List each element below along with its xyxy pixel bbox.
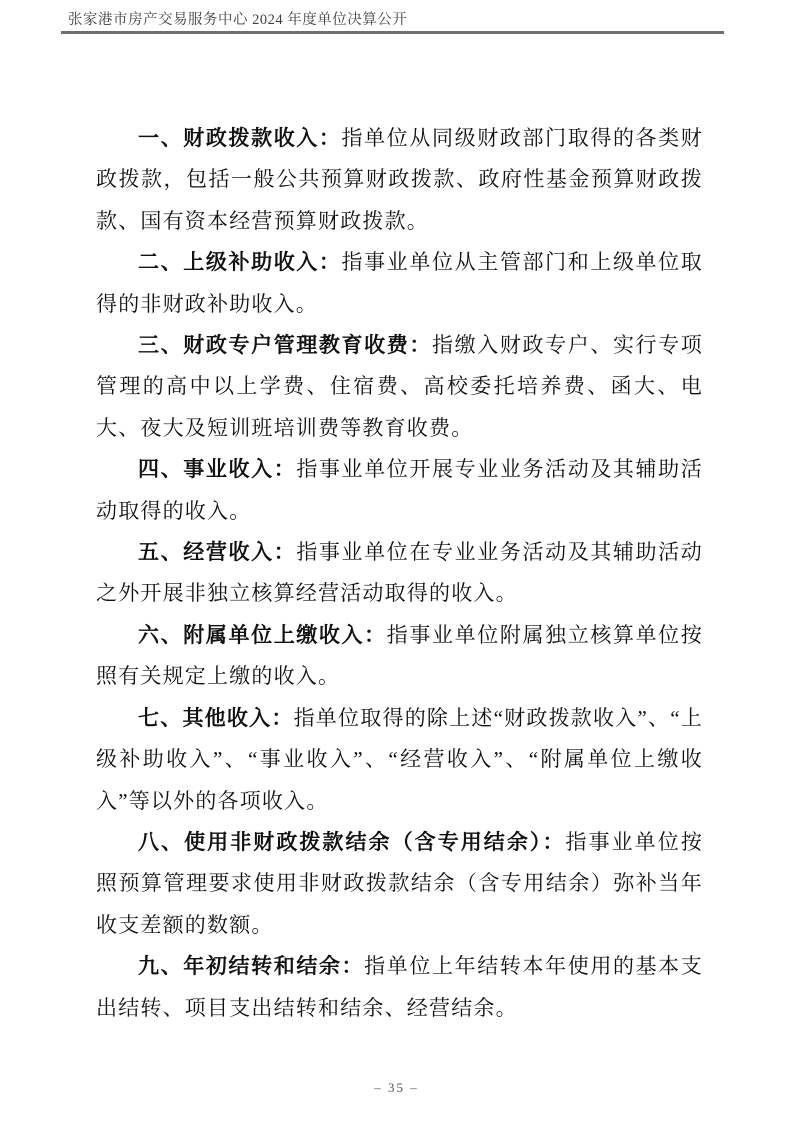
term-label-8: 八、使用非财政拨款结余（含专用结余）： xyxy=(138,830,566,854)
definition-paragraph-8: 八、使用非财政拨款结余（含专用结余）：指事业单位按照预算管理要求使用非财政拨款结… xyxy=(96,822,703,946)
document-header: 张家港市房产交易服务中心 2024 年度单位决算公开 xyxy=(61,11,724,34)
header-title: 张家港市房产交易服务中心 2024 年度单位决算公开 xyxy=(61,11,407,29)
document-footer: – 35 – xyxy=(0,1079,793,1097)
term-label-3: 三、财政专户管理教育收费： xyxy=(138,333,432,357)
definition-paragraph-1: 一、财政拨款收入：指单位从同级财政部门取得的各类财政拨款，包括一般公共预算财政拨… xyxy=(96,118,703,242)
term-label-7: 七、其他收入： xyxy=(138,706,294,730)
term-label-1: 一、财政拨款收入： xyxy=(138,126,342,150)
definition-paragraph-9: 九、年初结转和结余：指单位上年结转本年使用的基本支出结转、项目支出结转和结余、经… xyxy=(96,946,703,1029)
definition-paragraph-7: 七、其他收入：指单位取得的除上述“财政拨款收入”、“上级补助收入”、“事业收入”… xyxy=(96,698,703,822)
page-number: – 35 – xyxy=(374,1080,419,1095)
document-page: 张家港市房产交易服务中心 2024 年度单位决算公开 一、财政拨款收入：指单位从… xyxy=(0,0,793,1122)
definition-paragraph-2: 二、上级补助收入：指事业单位从主管部门和上级单位取得的非财政补助收入。 xyxy=(96,242,703,325)
definition-paragraph-3: 三、财政专户管理教育收费：指缴入财政专户、实行专项管理的高中以上学费、住宿费、高… xyxy=(96,325,703,449)
definition-paragraph-6: 六、附属单位上缴收入：指事业单位附属独立核算单位按照有关规定上缴的收入。 xyxy=(96,615,703,698)
term-label-2: 二、上级补助收入： xyxy=(138,250,342,274)
definition-paragraph-5: 五、经营收入：指事业单位在专业业务活动及其辅助活动之外开展非独立核算经营活动取得… xyxy=(96,532,703,615)
definition-paragraph-4: 四、事业收入：指事业单位开展专业业务活动及其辅助活动取得的收入。 xyxy=(96,449,703,532)
term-label-9: 九、年初结转和结余： xyxy=(138,954,364,978)
term-label-4: 四、事业收入： xyxy=(138,457,296,481)
document-body: 一、财政拨款收入：指单位从同级财政部门取得的各类财政拨款，包括一般公共预算财政拨… xyxy=(96,118,703,1029)
term-label-5: 五、经营收入： xyxy=(138,540,296,564)
term-label-6: 六、附属单位上缴收入： xyxy=(138,623,387,647)
